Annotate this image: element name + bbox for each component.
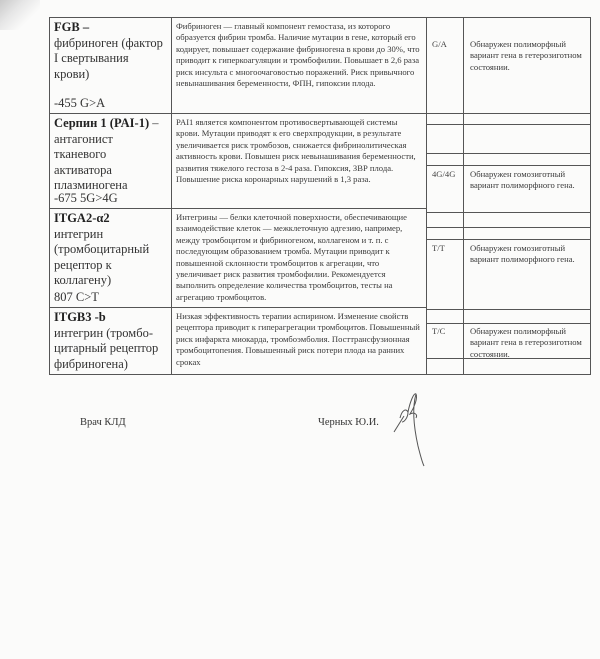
result-row-border (426, 309, 591, 310)
genotype: 4G/4G (427, 167, 463, 181)
result-row-border (426, 17, 591, 18)
gene-mutation: -455 G>A (54, 96, 105, 112)
doctor-name: Черных Ю.И. (318, 417, 379, 428)
signature-icon (388, 388, 438, 468)
table-row-gene: FGB – фибриноген (фактор I свертывания к… (50, 18, 171, 113)
result-row-border (426, 153, 591, 154)
genotype: G/A (427, 37, 463, 51)
gene-mutation: -675 5G>4G (54, 191, 118, 207)
result-row-border (426, 124, 591, 125)
result-row-border (426, 165, 591, 166)
genotype: T/C (427, 324, 463, 338)
table-row-gene: Серпин 1 (PAI-1) –антагонист тканевого а… (50, 114, 171, 208)
scan-shadow (0, 0, 40, 30)
doctor-position: Врач КЛД (80, 417, 126, 428)
result-row-border (426, 113, 591, 114)
table-row-description: Фибриноген — главный компонент гемостаза… (172, 18, 426, 113)
table-row-gene: ITGA2-α2 интегрин (тромбоцитарный рецепт… (50, 209, 171, 307)
gene-mutation: 807 C>T (54, 290, 99, 306)
gene-name: ITGB3 -b (54, 310, 167, 326)
gene-description: фибриноген (фактор I свертывания крови) (54, 36, 167, 83)
result-row-border (426, 239, 591, 240)
conclusion: Обнаружен полиморфный вариант гена в гет… (464, 324, 590, 362)
result-row-border (426, 374, 591, 375)
result-row-border (426, 227, 591, 228)
gene-description: интегрин (тромбо-цитарный рецептор фибри… (54, 326, 167, 373)
gene-name: FGB – (54, 20, 167, 36)
genotype: T/T (427, 241, 463, 255)
table-row-description: Низкая эффективность терапии аспирином. … (172, 308, 426, 374)
gene-name: Серпин 1 (PAI-1) (54, 116, 149, 130)
table-row-description: PAI1 является компонентом противосвертыв… (172, 114, 426, 208)
conclusion: Обнаружен гомозиготный вариант полиморфн… (464, 241, 590, 268)
row-border (49, 374, 427, 375)
gene-name: ITGA2-α2 (54, 211, 167, 227)
table-border-right (590, 17, 591, 374)
table-row-description: Интегрины — белки клеточной поверхности,… (172, 209, 426, 307)
result-row-border (426, 212, 591, 213)
conclusion: Обнаружен гомозиготный вариант полиморфн… (464, 167, 590, 194)
table-row-gene: ITGB3 -b интегрин (тромбо-цитарный рецеп… (50, 308, 171, 374)
table-divider-desc (426, 17, 427, 374)
gene-description: интегрин (тромбоцитарный рецептор к колл… (54, 227, 167, 289)
conclusion: Обнаружен полиморфный вариант гена в гет… (464, 37, 590, 75)
